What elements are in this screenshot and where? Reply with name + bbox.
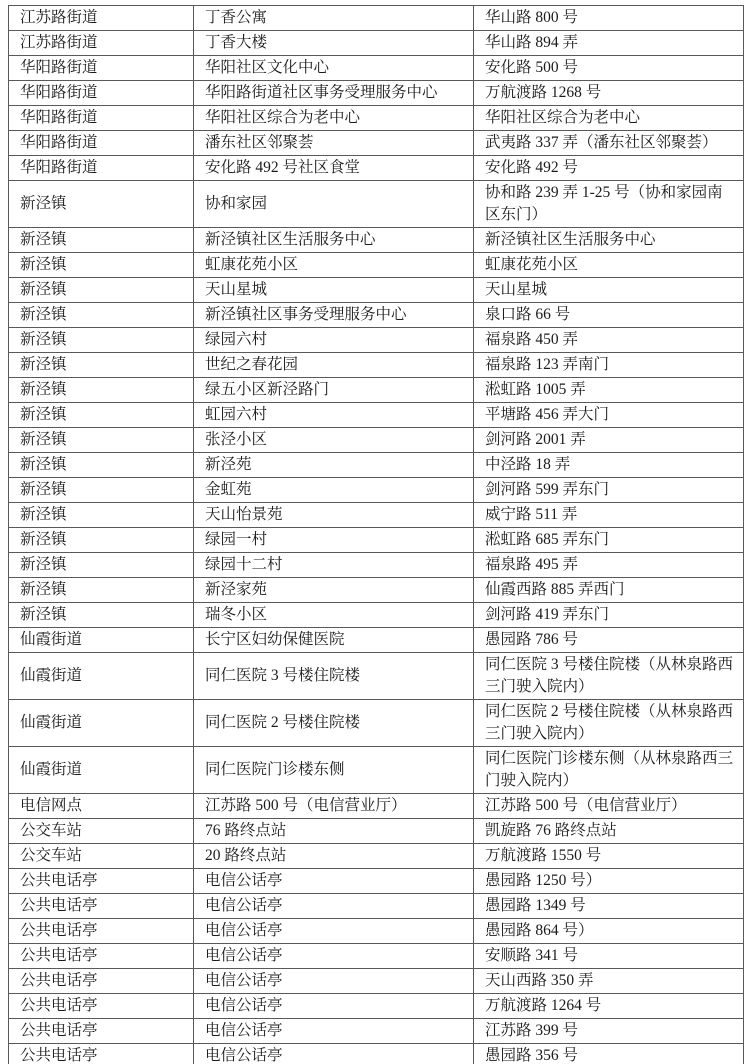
- cell-address: 虹康花苑小区: [474, 253, 744, 278]
- cell-name: 丁香公寓: [194, 6, 474, 31]
- cell-name: 电信公话亭: [194, 919, 474, 944]
- table-row: 仙霞街道 同仁医院门诊楼东侧 同仁医院门诊楼东侧（从林泉路西三门驶入院内）: [9, 747, 744, 794]
- cell-name: 电信公话亭: [194, 994, 474, 1019]
- cell-name: 张泾小区: [194, 428, 474, 453]
- cell-district: 新泾镇: [9, 603, 194, 628]
- cell-district: 公共电话亭: [9, 919, 194, 944]
- cell-address: 凯旋路 76 路终点站: [474, 819, 744, 844]
- table-row: 华阳路街道 安化路 492 号社区食堂 安化路 492 号: [9, 156, 744, 181]
- cell-address: 万航渡路 1268 号: [474, 81, 744, 106]
- cell-district: 公交车站: [9, 844, 194, 869]
- cell-district: 新泾镇: [9, 353, 194, 378]
- cell-district: 新泾镇: [9, 403, 194, 428]
- cell-address: 万航渡路 1550 号: [474, 844, 744, 869]
- table-row: 新泾镇 协和家园 协和路 239 弄 1-25 号（协和家园南区东门）: [9, 181, 744, 228]
- cell-name: 76 路终点站: [194, 819, 474, 844]
- table-row: 新泾镇 瑞冬小区 剑河路 419 弄东门: [9, 603, 744, 628]
- cell-district: 新泾镇: [9, 328, 194, 353]
- cell-district: 江苏路街道: [9, 6, 194, 31]
- cell-address: 新泾镇社区生活服务中心: [474, 228, 744, 253]
- cell-address: 剑河路 2001 弄: [474, 428, 744, 453]
- cell-name: 绿五小区新泾路门: [194, 378, 474, 403]
- table-row: 公共电话亭 电信公话亭 愚园路 1250 号）: [9, 869, 744, 894]
- table-row: 江苏路街道 丁香大楼 华山路 894 弄: [9, 31, 744, 56]
- cell-name: 协和家园: [194, 181, 474, 228]
- cell-address: 福泉路 450 弄: [474, 328, 744, 353]
- cell-address: 愚园路 864 号）: [474, 919, 744, 944]
- cell-address: 协和路 239 弄 1-25 号（协和家园南区东门）: [474, 181, 744, 228]
- poi-table-body: 江苏路街道 丁香公寓 华山路 800 号 江苏路街道 丁香大楼 华山路 894 …: [9, 6, 744, 1064]
- cell-name: 绿园十二村: [194, 553, 474, 578]
- cell-district: 华阳路街道: [9, 81, 194, 106]
- table-row: 江苏路街道 丁香公寓 华山路 800 号: [9, 6, 744, 31]
- table-row: 新泾镇 金虹苑 剑河路 599 弄东门: [9, 478, 744, 503]
- cell-district: 公共电话亭: [9, 969, 194, 994]
- cell-district: 新泾镇: [9, 303, 194, 328]
- cell-district: 公共电话亭: [9, 1019, 194, 1044]
- cell-district: 新泾镇: [9, 553, 194, 578]
- table-row: 公交车站 20 路终点站 万航渡路 1550 号: [9, 844, 744, 869]
- table-row: 公交车站 76 路终点站 凯旋路 76 路终点站: [9, 819, 744, 844]
- cell-district: 新泾镇: [9, 528, 194, 553]
- cell-address: 武夷路 337 弄（潘东社区邻聚荟）: [474, 131, 744, 156]
- table-row: 公共电话亭 电信公话亭 愚园路 356 号: [9, 1044, 744, 1064]
- cell-address: 万航渡路 1264 号: [474, 994, 744, 1019]
- cell-name: 新泾家苑: [194, 578, 474, 603]
- table-row: 仙霞街道 长宁区妇幼保健医院 愚园路 786 号: [9, 628, 744, 653]
- cell-address: 平塘路 456 弄大门: [474, 403, 744, 428]
- cell-district: 江苏路街道: [9, 31, 194, 56]
- table-row: 新泾镇 新泾镇社区事务受理服务中心 泉口路 66 号: [9, 303, 744, 328]
- cell-name: 潘东社区邻聚荟: [194, 131, 474, 156]
- table-row: 电信网点 江苏路 500 号（电信营业厅） 江苏路 500 号（电信营业厅）: [9, 794, 744, 819]
- cell-address: 淞虹路 685 弄东门: [474, 528, 744, 553]
- cell-name: 安化路 492 号社区食堂: [194, 156, 474, 181]
- cell-name: 电信公话亭: [194, 894, 474, 919]
- table-row: 新泾镇 绿园一村 淞虹路 685 弄东门: [9, 528, 744, 553]
- table-row: 公共电话亭 电信公话亭 天山西路 350 弄: [9, 969, 744, 994]
- cell-district: 新泾镇: [9, 228, 194, 253]
- cell-district: 电信网点: [9, 794, 194, 819]
- cell-address: 安顺路 341 号: [474, 944, 744, 969]
- cell-address: 剑河路 599 弄东门: [474, 478, 744, 503]
- cell-address: 安化路 492 号: [474, 156, 744, 181]
- cell-name: 同仁医院 2 号楼住院楼: [194, 700, 474, 747]
- cell-address: 同仁医院门诊楼东侧（从林泉路西三门驶入院内）: [474, 747, 744, 794]
- document-page: 江苏路街道 丁香公寓 华山路 800 号 江苏路街道 丁香大楼 华山路 894 …: [0, 0, 750, 1064]
- cell-district: 公共电话亭: [9, 944, 194, 969]
- table-row: 新泾镇 绿园十二村 福泉路 495 弄: [9, 553, 744, 578]
- table-row: 新泾镇 绿五小区新泾路门 淞虹路 1005 弄: [9, 378, 744, 403]
- cell-name: 瑞冬小区: [194, 603, 474, 628]
- cell-name: 华阳路街道社区事务受理服务中心: [194, 81, 474, 106]
- cell-district: 公交车站: [9, 819, 194, 844]
- cell-name: 电信公话亭: [194, 969, 474, 994]
- cell-district: 公共电话亭: [9, 894, 194, 919]
- cell-name: 绿园六村: [194, 328, 474, 353]
- cell-district: 华阳路街道: [9, 56, 194, 81]
- cell-district: 仙霞街道: [9, 700, 194, 747]
- cell-address: 福泉路 123 弄南门: [474, 353, 744, 378]
- cell-address: 愚园路 356 号: [474, 1044, 744, 1064]
- table-row: 仙霞街道 同仁医院 2 号楼住院楼 同仁医院 2 号楼住院楼（从林泉路西三门驶入…: [9, 700, 744, 747]
- cell-name: 金虹苑: [194, 478, 474, 503]
- cell-name: 20 路终点站: [194, 844, 474, 869]
- table-row: 新泾镇 新泾镇社区生活服务中心 新泾镇社区生活服务中心: [9, 228, 744, 253]
- cell-district: 公共电话亭: [9, 1044, 194, 1064]
- cell-district: 华阳路街道: [9, 156, 194, 181]
- cell-name: 华阳社区综合为老中心: [194, 106, 474, 131]
- cell-name: 电信公话亭: [194, 869, 474, 894]
- table-row: 新泾镇 天山星城 天山星城: [9, 278, 744, 303]
- cell-name: 世纪之春花园: [194, 353, 474, 378]
- table-row: 华阳路街道 华阳路街道社区事务受理服务中心 万航渡路 1268 号: [9, 81, 744, 106]
- cell-address: 江苏路 399 号: [474, 1019, 744, 1044]
- cell-district: 公共电话亭: [9, 869, 194, 894]
- cell-address: 剑河路 419 弄东门: [474, 603, 744, 628]
- table-row: 公共电话亭 电信公话亭 万航渡路 1264 号: [9, 994, 744, 1019]
- table-row: 新泾镇 世纪之春花园 福泉路 123 弄南门: [9, 353, 744, 378]
- cell-name: 电信公话亭: [194, 1019, 474, 1044]
- table-row: 新泾镇 张泾小区 剑河路 2001 弄: [9, 428, 744, 453]
- cell-address: 淞虹路 1005 弄: [474, 378, 744, 403]
- cell-name: 绿园一村: [194, 528, 474, 553]
- cell-address: 中泾路 18 弄: [474, 453, 744, 478]
- table-row: 新泾镇 新泾苑 中泾路 18 弄: [9, 453, 744, 478]
- cell-address: 泉口路 66 号: [474, 303, 744, 328]
- cell-address: 同仁医院 3 号楼住院楼（从林泉路西三门驶入院内）: [474, 653, 744, 700]
- cell-name: 华阳社区文化中心: [194, 56, 474, 81]
- cell-district: 华阳路街道: [9, 106, 194, 131]
- table-row: 华阳路街道 华阳社区综合为老中心 华阳社区综合为老中心: [9, 106, 744, 131]
- cell-name: 同仁医院门诊楼东侧: [194, 747, 474, 794]
- cell-name: 虹康花苑小区: [194, 253, 474, 278]
- cell-name: 天山怡景苑: [194, 503, 474, 528]
- cell-district: 公共电话亭: [9, 994, 194, 1019]
- table-row: 新泾镇 新泾家苑 仙霞西路 885 弄西门: [9, 578, 744, 603]
- cell-address: 愚园路 786 号: [474, 628, 744, 653]
- cell-address: 福泉路 495 弄: [474, 553, 744, 578]
- cell-name: 电信公话亭: [194, 944, 474, 969]
- cell-district: 华阳路街道: [9, 131, 194, 156]
- cell-name: 丁香大楼: [194, 31, 474, 56]
- table-row: 公共电话亭 电信公话亭 愚园路 864 号）: [9, 919, 744, 944]
- table-row: 新泾镇 虹园六村 平塘路 456 弄大门: [9, 403, 744, 428]
- cell-name: 天山星城: [194, 278, 474, 303]
- cell-name: 虹园六村: [194, 403, 474, 428]
- cell-name: 新泾镇社区生活服务中心: [194, 228, 474, 253]
- table-row: 公共电话亭 电信公话亭 愚园路 1349 号: [9, 894, 744, 919]
- cell-name: 江苏路 500 号（电信营业厅）: [194, 794, 474, 819]
- cell-district: 仙霞街道: [9, 628, 194, 653]
- table-row: 新泾镇 虹康花苑小区 虹康花苑小区: [9, 253, 744, 278]
- cell-address: 仙霞西路 885 弄西门: [474, 578, 744, 603]
- cell-address: 同仁医院 2 号楼住院楼（从林泉路西三门驶入院内）: [474, 700, 744, 747]
- cell-district: 仙霞街道: [9, 653, 194, 700]
- cell-district: 新泾镇: [9, 453, 194, 478]
- cell-address: 愚园路 1349 号: [474, 894, 744, 919]
- cell-address: 华山路 800 号: [474, 6, 744, 31]
- cell-district: 新泾镇: [9, 278, 194, 303]
- table-row: 公共电话亭 电信公话亭 江苏路 399 号: [9, 1019, 744, 1044]
- poi-table: 江苏路街道 丁香公寓 华山路 800 号 江苏路街道 丁香大楼 华山路 894 …: [8, 5, 744, 1064]
- cell-district: 新泾镇: [9, 503, 194, 528]
- cell-name: 新泾苑: [194, 453, 474, 478]
- cell-address: 江苏路 500 号（电信营业厅）: [474, 794, 744, 819]
- cell-address: 天山星城: [474, 278, 744, 303]
- cell-district: 新泾镇: [9, 181, 194, 228]
- cell-address: 华山路 894 弄: [474, 31, 744, 56]
- table-row: 华阳路街道 华阳社区文化中心 安化路 500 号: [9, 56, 744, 81]
- cell-address: 愚园路 1250 号）: [474, 869, 744, 894]
- cell-district: 新泾镇: [9, 478, 194, 503]
- cell-name: 同仁医院 3 号楼住院楼: [194, 653, 474, 700]
- table-row: 新泾镇 绿园六村 福泉路 450 弄: [9, 328, 744, 353]
- table-row: 仙霞街道 同仁医院 3 号楼住院楼 同仁医院 3 号楼住院楼（从林泉路西三门驶入…: [9, 653, 744, 700]
- cell-district: 新泾镇: [9, 578, 194, 603]
- cell-name: 电信公话亭: [194, 1044, 474, 1064]
- cell-address: 天山西路 350 弄: [474, 969, 744, 994]
- cell-address: 威宁路 511 弄: [474, 503, 744, 528]
- cell-district: 仙霞街道: [9, 747, 194, 794]
- table-row: 新泾镇 天山怡景苑 威宁路 511 弄: [9, 503, 744, 528]
- cell-address: 安化路 500 号: [474, 56, 744, 81]
- table-row: 公共电话亭 电信公话亭 安顺路 341 号: [9, 944, 744, 969]
- cell-address: 华阳社区综合为老中心: [474, 106, 744, 131]
- cell-district: 新泾镇: [9, 253, 194, 278]
- table-row: 华阳路街道 潘东社区邻聚荟 武夷路 337 弄（潘东社区邻聚荟）: [9, 131, 744, 156]
- cell-name: 长宁区妇幼保健医院: [194, 628, 474, 653]
- cell-district: 新泾镇: [9, 378, 194, 403]
- cell-name: 新泾镇社区事务受理服务中心: [194, 303, 474, 328]
- cell-district: 新泾镇: [9, 428, 194, 453]
